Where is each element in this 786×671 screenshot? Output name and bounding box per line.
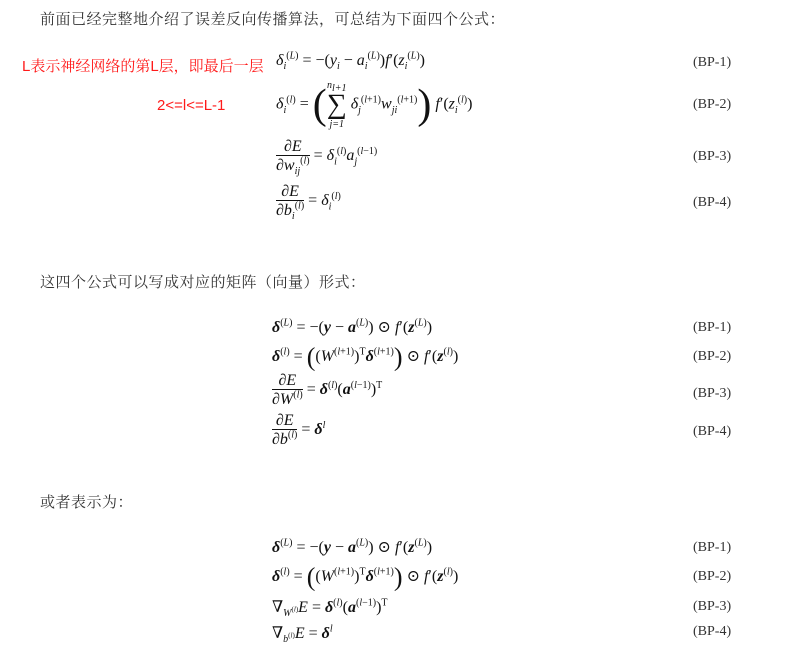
equation-tag: (BP-1) <box>693 55 731 71</box>
equation-tag: (BP-4) <box>693 195 731 211</box>
equation-tag: (BP-3) <box>693 386 731 402</box>
equation-bp1-matrix: δ(L) = −(y − a(L)) ⊙ f′(z(L)) <box>272 317 432 337</box>
matrix-intro-text: 这四个公式可以写成对应的矩阵（向量）形式： <box>40 271 366 292</box>
annotation-last-layer: L表示神经网络的第L层，即最后一层 <box>22 55 264 76</box>
equation-bp2-elementwise: δi(l) = (nl+1∑j=1 δj(l+1)wji(l+1)) f′(zi… <box>276 80 472 130</box>
annotation-layer-range: 2<=l<=L-1 <box>157 97 225 114</box>
intro-text: 前面已经完整地介绍了误差反向传播算法，可总结为下面四个公式： <box>40 8 505 29</box>
equation-tag: (BP-4) <box>693 424 731 440</box>
equation-tag: (BP-1) <box>693 540 731 556</box>
equation-bp3-gradient: ∇W(l)E = δ(l)(a(l−1))T <box>272 597 388 617</box>
equation-bp4-elementwise: ∂E∂bi(l) = δi(l) <box>276 183 341 220</box>
equation-bp3-elementwise: ∂E∂wij(l) = δi(l)aj(l−1) <box>276 138 377 175</box>
equation-bp2-matrix: δ(l) = ((W(l+1))Tδ(l+1)) ⊙ f′(z(l)) <box>272 346 458 366</box>
equation-bp2-gradient: δ(l) = ((W(l+1))Tδ(l+1)) ⊙ f′(z(l)) <box>272 566 458 586</box>
equation-tag: (BP-2) <box>693 569 731 585</box>
equation-bp4-gradient: ∇b(l)E = δl <box>272 623 333 643</box>
equation-bp4-matrix: ∂E∂b(l) = δl <box>272 412 325 449</box>
equation-bp3-matrix: ∂E∂W(l) = δ(l)(a(l−1))T <box>272 372 382 409</box>
equation-bp1-gradient: δ(L) = −(y − a(L)) ⊙ f′(z(L)) <box>272 537 432 557</box>
equation-tag: (BP-4) <box>693 624 731 640</box>
equation-tag: (BP-3) <box>693 599 731 615</box>
equation-bp1-elementwise: δi(L) = −(yi − ai(L))f′(zi(L)) <box>276 52 425 70</box>
alt-intro-text: 或者表示为： <box>40 491 133 512</box>
equation-tag: (BP-3) <box>693 149 731 165</box>
equation-tag: (BP-1) <box>693 320 731 336</box>
equation-tag: (BP-2) <box>693 97 731 113</box>
equation-tag: (BP-2) <box>693 349 731 365</box>
